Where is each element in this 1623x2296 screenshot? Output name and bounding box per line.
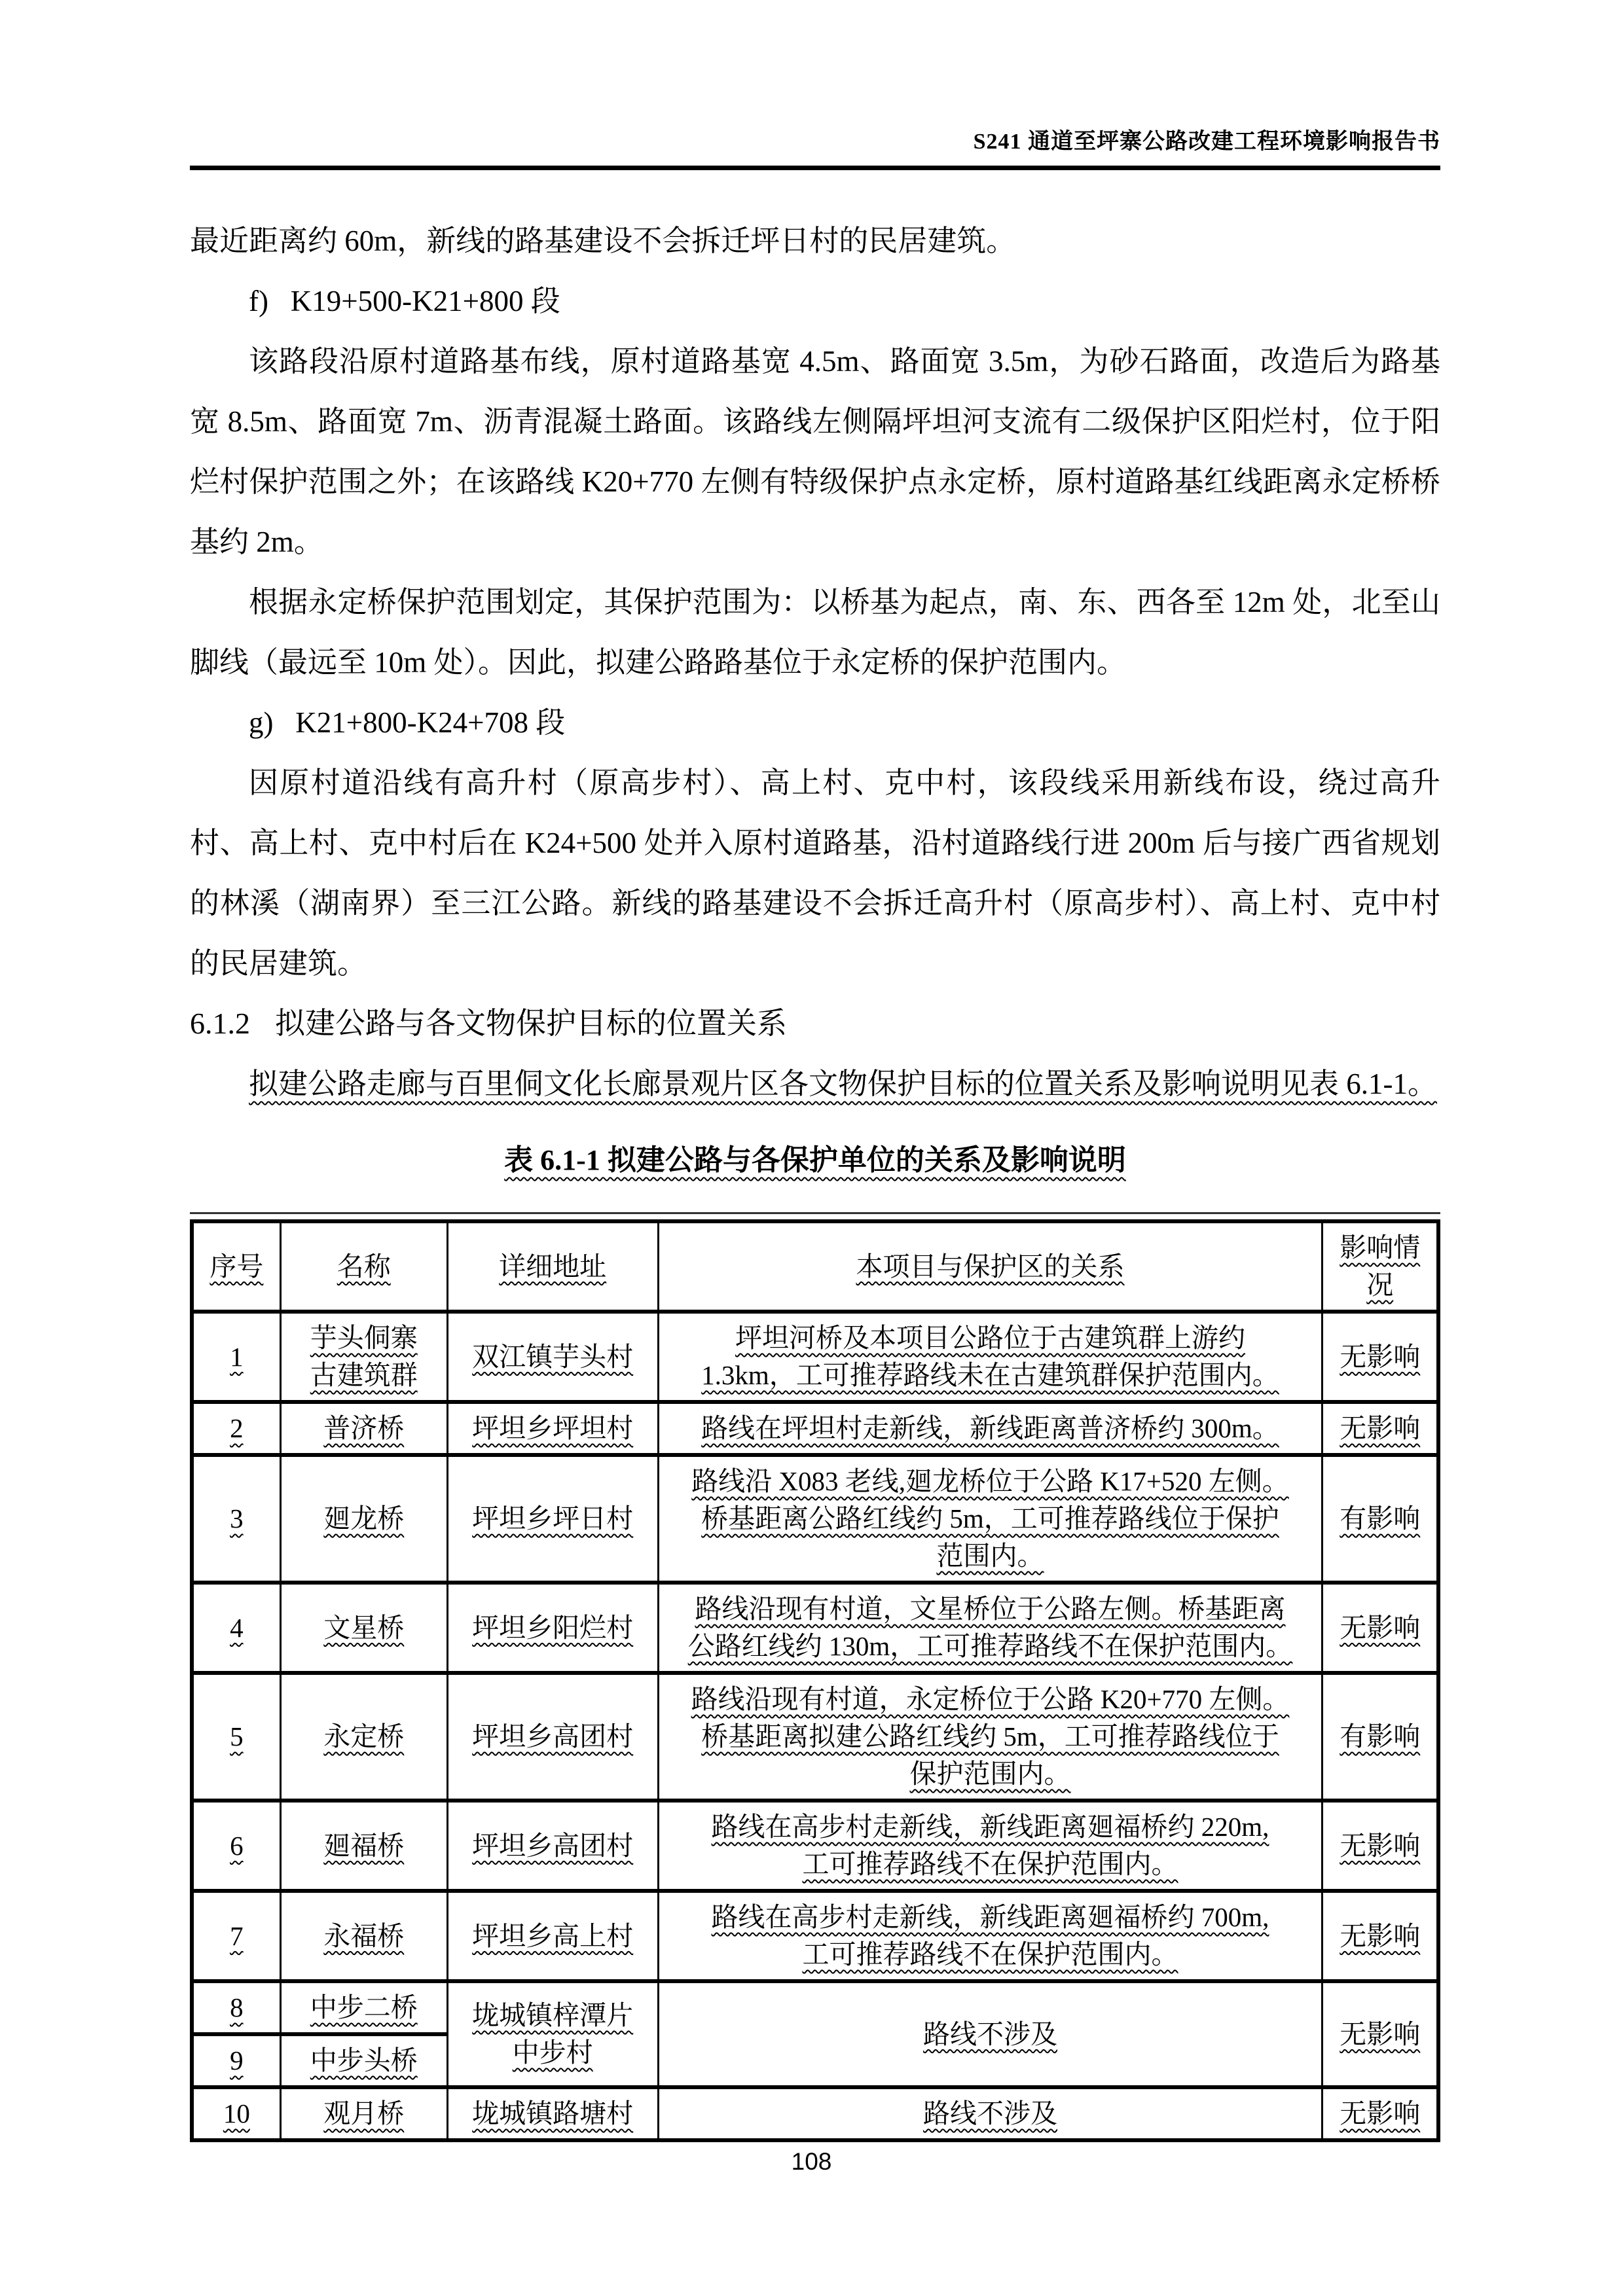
table-row: 5 永定桥 坪坦乡高团村 路线沿现有村道，永定桥位于公路 K20+770 左侧。… bbox=[192, 1673, 1438, 1801]
row-relation: 路线在高步村走新线，新线距离廻福桥约 220m, 工可推荐路线不在保护范围内。 bbox=[712, 1812, 1269, 1879]
row-addr: 双江镇芋头村 bbox=[472, 1342, 633, 1372]
row-relation: 路线在坪坦村走新线，新线距离普济桥约 300m。 bbox=[701, 1413, 1279, 1443]
row-impact-merged: 无影响 bbox=[1340, 2019, 1420, 2049]
paragraph-yongding-scope: 根据永定桥保护范围划定，其保护范围为：以桥基为起点，南、东、西各至 12m 处，… bbox=[190, 572, 1440, 692]
running-header: S241 通道至坪寨公路改建工程环境影响报告书 bbox=[190, 0, 1440, 170]
table-caption-text: 表 6.1-1 拟建公路与各保护单位的关系及影响说明 bbox=[504, 1144, 1126, 1176]
row-relation-merged: 路线不涉及 bbox=[923, 2019, 1057, 2049]
row-addr: 坪坦乡坪坦村 bbox=[472, 1413, 633, 1443]
row-addr: 坪坦乡高团村 bbox=[472, 1721, 633, 1751]
row-name: 廻福桥 bbox=[323, 1831, 404, 1861]
row-impact: 有影响 bbox=[1340, 1721, 1420, 1751]
row-no: 7 bbox=[230, 1921, 244, 1951]
document-page: S241 通道至坪寨公路改建工程环境影响报告书 最近距离约 60m，新线的路基建… bbox=[0, 0, 1623, 2296]
row-impact: 无影响 bbox=[1340, 1613, 1420, 1643]
row-no: 3 bbox=[230, 1503, 244, 1534]
table-row: 8 中步二桥 垅城镇梓潭片 中步村 路线不涉及 无影响 bbox=[192, 1981, 1438, 2034]
row-name: 普济桥 bbox=[323, 1413, 404, 1443]
row-no: 10 bbox=[223, 2098, 250, 2128]
table-row: 3 廻龙桥 坪坦乡坪日村 路线沿 X083 老线,廻龙桥位于公路 K17+520… bbox=[192, 1455, 1438, 1583]
row-addr: 垅城镇路塘村 bbox=[472, 2098, 633, 2128]
row-impact: 无影响 bbox=[1340, 1413, 1420, 1443]
table-top-rule bbox=[190, 1212, 1440, 1214]
row-relation: 路线沿 X083 老线,廻龙桥位于公路 K17+520 左侧。 桥基距离公路红线… bbox=[691, 1466, 1289, 1571]
paragraph-table-intro-text: 拟建公路走廊与百里侗文化长廊景观片区各文物保护目标的位置关系及影响说明见表 6.… bbox=[249, 1067, 1437, 1100]
paragraph-table-intro: 拟建公路走廊与百里侗文化长廊景观片区各文物保护目标的位置关系及影响说明见表 6.… bbox=[190, 1054, 1440, 1114]
row-no: 5 bbox=[230, 1721, 244, 1751]
row-addr: 坪坦乡阳烂村 bbox=[472, 1613, 633, 1643]
row-addr: 坪坦乡坪日村 bbox=[472, 1503, 633, 1534]
table-caption: 表 6.1-1 拟建公路与各保护单位的关系及影响说明 bbox=[190, 1131, 1440, 1190]
row-addr-merged: 垅城镇梓潭片 中步村 bbox=[472, 2000, 633, 2068]
row-impact: 有影响 bbox=[1340, 1503, 1420, 1534]
paragraph-continuation: 最近距离约 60m，新线的路基建设不会拆迁坪日村的民居建筑。 bbox=[190, 211, 1440, 271]
table-row: 2 普济桥 坪坦乡坪坦村 路线在坪坦村走新线，新线距离普济桥约 300m。 无影… bbox=[192, 1402, 1438, 1455]
row-relation: 坪坦河桥及本项目公路位于古建筑群上游约 1.3km，工可推荐路线未在古建筑群保护… bbox=[701, 1323, 1279, 1390]
row-no: 4 bbox=[230, 1613, 244, 1643]
section-title: 拟建公路与各文物保护目标的位置关系 bbox=[275, 1007, 787, 1040]
row-name: 永定桥 bbox=[323, 1721, 404, 1751]
row-no: 6 bbox=[230, 1831, 244, 1861]
protection-units-table: 序号 名称 详细地址 本项目与保护区的关系 影响情况 1 芋头侗寨 古建筑群 双… bbox=[190, 1219, 1440, 2142]
col-header-impact: 影响情况 bbox=[1322, 1221, 1438, 1312]
row-no: 9 bbox=[230, 2045, 244, 2075]
page-number: 108 bbox=[0, 2148, 1623, 2176]
row-name: 中步头桥 bbox=[310, 2045, 418, 2075]
row-name: 文星桥 bbox=[323, 1613, 404, 1643]
row-name: 芋头侗寨 古建筑群 bbox=[310, 1323, 418, 1390]
table-row: 6 廻福桥 坪坦乡高团村 路线在高步村走新线，新线距离廻福桥约 220m, 工可… bbox=[192, 1801, 1438, 1891]
col-header-no: 序号 bbox=[192, 1221, 280, 1312]
list-item-g: g) K21+800-K24+708 段 bbox=[190, 692, 1440, 753]
row-impact: 无影响 bbox=[1340, 1921, 1420, 1951]
section-heading-6-1-2: 6.1.2拟建公路与各文物保护目标的位置关系 bbox=[190, 994, 1440, 1054]
col-header-name: 名称 bbox=[280, 1221, 447, 1312]
row-addr: 坪坦乡高团村 bbox=[472, 1831, 633, 1861]
paragraph-section-f: 该路段沿原村道路基布线，原村道路基宽 4.5m、路面宽 3.5m，为砂石路面，改… bbox=[190, 331, 1440, 572]
paragraph-section-g: 因原村道沿线有高升村（原高步村）、高上村、克中村，该段线采用新线布设，绕过高升村… bbox=[190, 753, 1440, 994]
row-no: 8 bbox=[230, 1992, 244, 2022]
row-impact: 无影响 bbox=[1340, 1831, 1420, 1861]
col-header-relation: 本项目与保护区的关系 bbox=[658, 1221, 1322, 1312]
row-relation: 路线在高步村走新线，新线距离廻福桥约 700m, 工可推荐路线不在保护范围内。 bbox=[712, 1902, 1269, 1969]
table-row: 4 文星桥 坪坦乡阳烂村 路线沿现有村道，文星桥位于公路左侧。桥基距离 公路红线… bbox=[192, 1583, 1438, 1673]
list-item-f: f) K19+500-K21+800 段 bbox=[190, 271, 1440, 331]
running-header-title: S241 通道至坪寨公路改建工程环境影响报告书 bbox=[974, 130, 1440, 154]
table-row: 7 永福桥 坪坦乡高上村 路线在高步村走新线，新线距离廻福桥约 700m, 工可… bbox=[192, 1891, 1438, 1981]
row-addr: 坪坦乡高上村 bbox=[472, 1921, 633, 1951]
row-relation: 路线沿现有村道，永定桥位于公路 K20+770 左侧。 桥基距离拟建公路红线约 … bbox=[691, 1684, 1290, 1789]
table-row: 10 观月桥 垅城镇路塘村 路线不涉及 无影响 bbox=[192, 2087, 1438, 2140]
col-header-addr: 详细地址 bbox=[447, 1221, 658, 1312]
table-row: 1 芋头侗寨 古建筑群 双江镇芋头村 坪坦河桥及本项目公路位于古建筑群上游约 1… bbox=[192, 1312, 1438, 1402]
page-content: S241 通道至坪寨公路改建工程环境影响报告书 最近距离约 60m，新线的路基建… bbox=[190, 0, 1440, 2142]
row-name: 永福桥 bbox=[323, 1921, 404, 1951]
row-name: 廻龙桥 bbox=[323, 1503, 404, 1534]
row-name: 中步二桥 bbox=[310, 1992, 418, 2022]
row-impact: 无影响 bbox=[1340, 1342, 1420, 1372]
row-impact: 无影响 bbox=[1340, 2098, 1420, 2128]
row-name: 观月桥 bbox=[323, 2098, 404, 2128]
row-no: 1 bbox=[230, 1342, 244, 1372]
row-relation: 路线不涉及 bbox=[923, 2098, 1057, 2128]
section-number: 6.1.2 bbox=[190, 1007, 250, 1040]
body-text: 最近距离约 60m，新线的路基建设不会拆迁坪日村的民居建筑。 f) K19+50… bbox=[190, 211, 1440, 1114]
row-relation: 路线沿现有村道，文星桥位于公路左侧。桥基距离 公路红线约 130m，工可推荐路线… bbox=[688, 1594, 1293, 1661]
table-header-row: 序号 名称 详细地址 本项目与保护区的关系 影响情况 bbox=[192, 1221, 1438, 1312]
row-no: 2 bbox=[230, 1413, 244, 1443]
